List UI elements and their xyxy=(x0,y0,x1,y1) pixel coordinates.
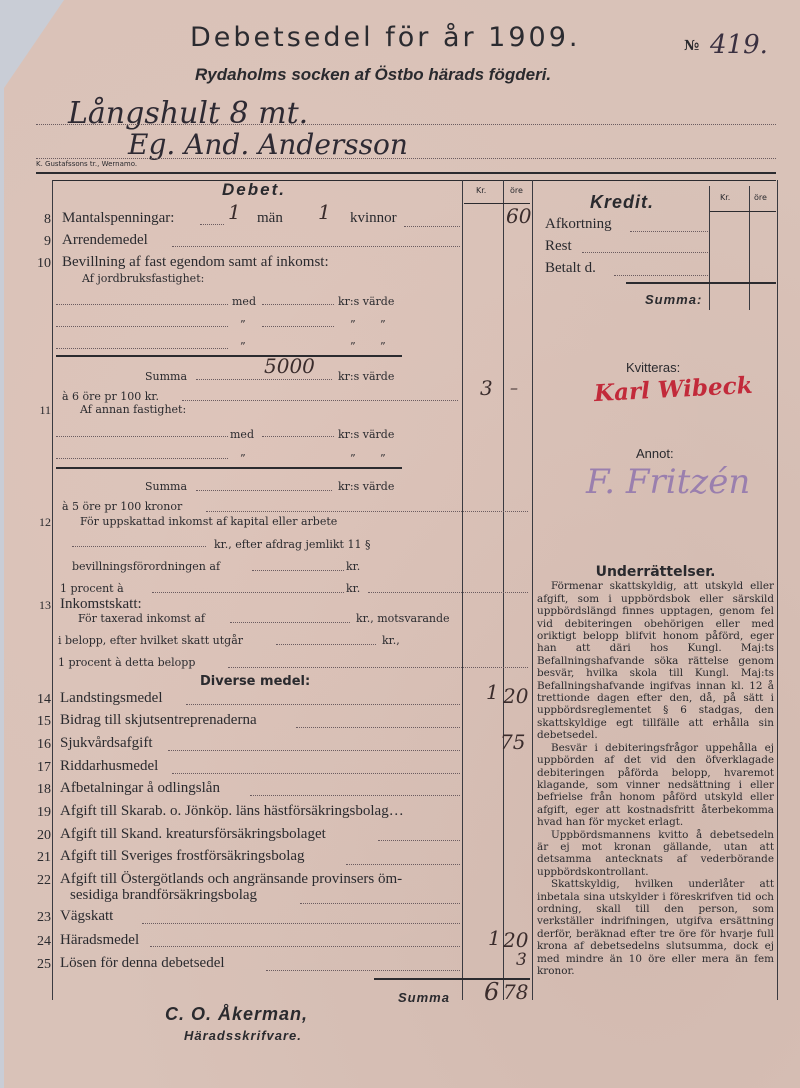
row8-label: Mantalspenningar: xyxy=(62,210,174,227)
debet-ore-line xyxy=(503,180,504,1000)
item-label: Afgift till Östergötlands och angränsand… xyxy=(60,871,402,888)
dotted-line xyxy=(266,970,460,971)
signer-title: Häradsskrifvare. xyxy=(184,1028,302,1043)
med-label: med xyxy=(230,428,254,441)
ditto-mark: ” xyxy=(240,318,246,331)
debet-summa-kr: 6 xyxy=(484,978,499,1006)
row-number: 20 xyxy=(37,828,51,844)
krs-varde-label: kr:s värde xyxy=(338,428,394,441)
krs-varde-label: kr:s värde xyxy=(338,295,394,308)
name-line-1 xyxy=(36,124,776,125)
item-ore: 75 xyxy=(500,730,525,754)
notice-heading: Underrättelser. xyxy=(537,566,774,578)
kredit-ore-line xyxy=(749,186,750,310)
dotted-line xyxy=(56,436,228,437)
dotted-line xyxy=(630,231,708,232)
kredit-heading: Kredit. xyxy=(590,192,654,213)
kredit-summa-rule xyxy=(626,282,776,284)
dotted-line xyxy=(56,348,228,349)
row11-rate: à 5 öre pr 100 kronor xyxy=(62,500,182,513)
dotted-line xyxy=(142,923,460,924)
row9-label: Arrendemedel xyxy=(62,232,148,249)
krs-varde-label: kr:s värde xyxy=(338,370,394,383)
handwritten-name: Eg. And. Andersson xyxy=(128,128,408,161)
item-label: Lösen för denna debetsedel xyxy=(60,955,225,972)
item-label: Afbetalningar å odlingslån xyxy=(60,780,220,797)
ditto-mark: ” xyxy=(380,452,386,465)
row-number: 12 xyxy=(37,515,51,530)
debet-col-kr: Kr. xyxy=(476,186,486,195)
row-number: 13 xyxy=(37,598,51,613)
dotted-line xyxy=(56,458,228,459)
item-ore: 20 xyxy=(503,928,528,952)
ditto-mark: ” xyxy=(380,318,386,331)
debet-summa-ore: 78 xyxy=(503,980,528,1004)
dotted-line xyxy=(296,727,460,728)
name-line-2 xyxy=(36,158,776,159)
row-number: 19 xyxy=(37,805,51,821)
handwritten-place: Långshult 8 mt. xyxy=(68,96,308,131)
krs-varde-label: kr:s värde xyxy=(338,480,394,493)
kredit-kr-line xyxy=(709,186,710,310)
dotted-line xyxy=(72,546,206,547)
dotted-line xyxy=(582,252,708,253)
ditto-mark: ” xyxy=(240,452,246,465)
debet-end-line xyxy=(532,180,533,1000)
row-number: 14 xyxy=(37,692,51,708)
dotted-line xyxy=(150,946,460,947)
dotted-line xyxy=(172,246,460,247)
dotted-line xyxy=(404,226,460,227)
item-label: Landstingsmedel xyxy=(60,690,162,707)
dotted-line xyxy=(228,667,528,668)
dotted-line xyxy=(186,704,460,705)
dotted-line xyxy=(262,436,334,437)
row10-sub: Af jordbruksfastighet: xyxy=(82,272,204,285)
dotted-line xyxy=(276,644,376,645)
item-label: Afgift till Skand. kreatursförsäkringsbo… xyxy=(60,826,326,843)
notice-paragraph: Uppbördsmannens kvitto å debetsedeln är … xyxy=(537,829,774,879)
item-ore: 3 xyxy=(516,950,527,970)
item-label: Afgift till Sveriges frostförsäkringsbol… xyxy=(60,848,305,865)
dotted-line xyxy=(200,224,224,225)
item-label: Vägskatt xyxy=(60,908,113,925)
row-number: 8 xyxy=(37,212,51,228)
dotted-line xyxy=(56,304,228,305)
dotted-line xyxy=(300,903,460,904)
number-label: № xyxy=(684,38,699,54)
row10-label: Bevillning af fast egendom samt af inkom… xyxy=(62,254,329,271)
diverse-heading: Diverse medel: xyxy=(200,674,310,689)
row10-ore: – xyxy=(510,378,518,397)
dotted-line xyxy=(196,379,332,380)
debet-summa-label: Summa xyxy=(398,990,450,1005)
row-number: 21 xyxy=(37,850,51,866)
dotted-line xyxy=(252,570,344,571)
item-kr: 1 xyxy=(486,680,499,704)
kredit-col-rule xyxy=(710,211,776,212)
ditto-mark: ” xyxy=(350,452,356,465)
right-border xyxy=(777,180,778,1000)
dotted-line xyxy=(168,750,460,751)
header-rule-2 xyxy=(52,180,776,181)
item-ore: 20 xyxy=(503,684,528,708)
document-number: 419. xyxy=(710,30,768,60)
item-label: Bidrag till skjutsentreprenaderna xyxy=(60,712,257,729)
debet-heading: Debet. xyxy=(222,180,286,200)
margin-line xyxy=(52,180,53,1000)
row10-rate: à 6 öre pr 100 kr. xyxy=(62,390,159,403)
row-number: 11 xyxy=(37,403,51,418)
summa-label: Summa xyxy=(145,480,187,493)
debet-col-ore: öre xyxy=(510,186,523,195)
kvitteras-label: Kvitteras: xyxy=(626,360,680,375)
row-number: 22 xyxy=(37,873,51,889)
dotted-line xyxy=(152,592,344,593)
ditto-mark: ” xyxy=(380,340,386,353)
dotted-line xyxy=(378,840,460,841)
item-label: Häradsmedel xyxy=(60,932,139,949)
row12-line1: För uppskattad inkomst af kapital eller … xyxy=(80,515,337,528)
dotted-line xyxy=(230,622,350,623)
annot-signature: F. Fritzén xyxy=(586,462,750,502)
notice-paragraph: Besvär i debiteringsfrågor uppehålla ej … xyxy=(537,742,774,829)
kredit-betalt: Betalt d. xyxy=(545,260,596,277)
row8-kvinnor-label: kvinnor xyxy=(350,210,397,227)
row-number: 25 xyxy=(37,957,51,973)
notice-block: Underrättelser. Förmenar skattskyldig, a… xyxy=(537,566,774,977)
summa-label: Summa xyxy=(145,370,187,383)
dotted-line xyxy=(346,864,460,865)
row-number: 24 xyxy=(37,934,51,950)
row12-line4: 1 procent à xyxy=(60,582,124,595)
row-number: 10 xyxy=(37,256,51,272)
row-number: 23 xyxy=(37,910,51,926)
subtotal-rule xyxy=(56,467,402,469)
kredit-rest: Rest xyxy=(545,238,572,255)
dotted-line xyxy=(614,275,708,276)
row-number: 9 xyxy=(37,234,51,250)
dotted-line xyxy=(182,400,458,401)
dotted-line xyxy=(206,511,528,512)
ditto-mark: ” xyxy=(350,318,356,331)
ditto-mark: ” xyxy=(240,340,246,353)
kredit-col-kr: Kr. xyxy=(720,193,730,202)
dotted-line xyxy=(262,304,334,305)
debet-kr-line xyxy=(462,180,463,1000)
item-label-cont: sesidiga brandförsäkringsbolag xyxy=(70,887,257,904)
dotted-line xyxy=(250,795,460,796)
row13-line2-end: kr., xyxy=(382,634,400,647)
row13-label: Inkomstskatt: xyxy=(60,596,142,613)
item-kr: 1 xyxy=(488,926,501,950)
row-number: 18 xyxy=(37,782,51,798)
row8-kvinnor-value: 1 xyxy=(318,200,331,224)
row-number: 17 xyxy=(37,760,51,776)
row12-line3: bevillningsförordningen af xyxy=(72,560,220,573)
notice-paragraph: Förmenar skattskyldig, att utskyld eller… xyxy=(537,580,774,741)
row12-line2: kr., efter afdrag jemlikt 11 § xyxy=(214,538,370,551)
item-label: Sjukvårdsafgift xyxy=(60,735,152,752)
kredit-afkortning: Afkortning xyxy=(545,216,612,233)
row11-label: Af annan fastighet: xyxy=(80,403,186,416)
row13-line1: För taxerad inkomst af xyxy=(78,612,205,625)
signer-name: C. O. Åkerman, xyxy=(165,1004,308,1025)
dotted-line xyxy=(262,326,334,327)
document-title: Debetsedel för år 1909. xyxy=(190,22,580,53)
printer-credit: K. Gustafssons tr., Wernamo. xyxy=(36,160,137,168)
row-number: 16 xyxy=(37,737,51,753)
row13-line2: i belopp, efter hvilket skatt utgår xyxy=(58,634,243,647)
header-rule xyxy=(36,172,776,174)
row13-line1-end: kr., motsvarande xyxy=(356,612,450,625)
document-subtitle: Rydaholms socken af Östbo härads fögderi… xyxy=(195,65,551,85)
kredit-col-ore: öre xyxy=(754,193,767,202)
med-label: med xyxy=(232,295,256,308)
dotted-line xyxy=(56,326,228,327)
subtotal-rule xyxy=(56,355,402,357)
kr-label: kr. xyxy=(346,582,360,595)
item-label: Riddarhusmedel xyxy=(60,758,158,775)
kr-label: kr. xyxy=(346,560,360,573)
dotted-line xyxy=(172,773,460,774)
row13-line3: 1 procent à detta belopp xyxy=(58,656,195,669)
row8-man-label: män xyxy=(257,210,283,227)
row8-ore: 60 xyxy=(506,204,531,228)
ditto-mark: ” xyxy=(350,340,356,353)
row10-kr: 3 xyxy=(480,376,493,400)
notice-paragraph: Skattskyldig, hvilken underlåter att inb… xyxy=(537,878,774,977)
row10-summa-value: 5000 xyxy=(264,354,315,378)
annot-label: Annot: xyxy=(636,446,674,461)
dotted-line xyxy=(196,490,332,491)
kredit-summa-label: Summa: xyxy=(645,292,702,307)
item-label: Afgift till Skarab. o. Jönköp. läns häst… xyxy=(60,803,404,820)
row-number: 15 xyxy=(37,714,51,730)
row8-man-value: 1 xyxy=(228,200,241,224)
dotted-line xyxy=(368,592,528,593)
